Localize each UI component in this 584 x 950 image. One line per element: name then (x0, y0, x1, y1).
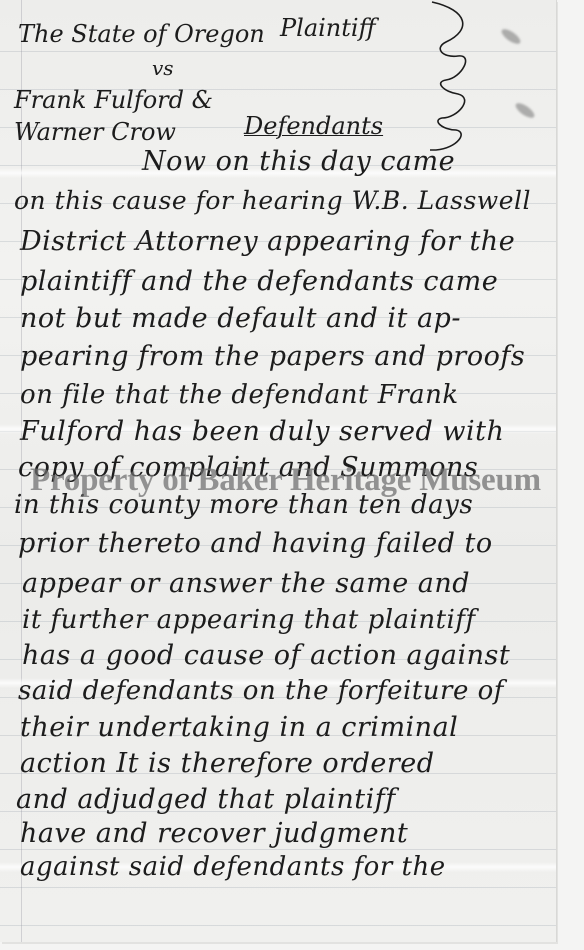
plaintiff-label: Plaintiff (280, 14, 376, 42)
body-line: against said defendants for the (20, 852, 446, 882)
body-line: appear or answer the same and (22, 568, 470, 599)
body-line: and adjudged that plaintiff (16, 784, 396, 815)
body-line: prior thereto and having failed to (18, 528, 493, 559)
paper-sheet: The State of Oregon Plaintiff vs Frank F… (0, 0, 556, 942)
versus-label: vs (152, 56, 174, 80)
body-line: have and recover judgment (20, 818, 408, 849)
body-line: their undertaking in a criminal (20, 712, 458, 743)
body-line: Fulford has been duly served with (20, 416, 504, 447)
defendant-label: Defendants (244, 112, 383, 140)
body-line: plaintiff and the defendants came (20, 266, 498, 297)
plaintiff-party: The State of Oregon (18, 20, 265, 48)
defendant-line-2: Warner Crow (14, 118, 176, 146)
caption-brace-icon (428, 0, 474, 160)
body-line: has a good cause of action against (22, 640, 510, 671)
defendant-line-1: Frank Fulford & (14, 86, 213, 114)
body-line: on file that the defendant Frank (20, 380, 459, 410)
body-line: not but made default and it ap- (20, 303, 461, 334)
body-line: said defendants on the forfeiture of (18, 676, 504, 706)
body-line: District Attorney appearing for the (20, 226, 515, 257)
body-line: it further appearing that plaintiff (22, 605, 476, 635)
body-line: action It is therefore ordered (20, 748, 435, 779)
watermark: Property of Baker Heritage Museum (30, 462, 541, 499)
document-scan: The State of Oregon Plaintiff vs Frank F… (0, 0, 584, 950)
body-line: pearing from the papers and proofs (20, 341, 525, 372)
body-line: Now on this day came (142, 146, 455, 177)
body-line: on this cause for hearing W.B. Lasswell (14, 186, 531, 215)
